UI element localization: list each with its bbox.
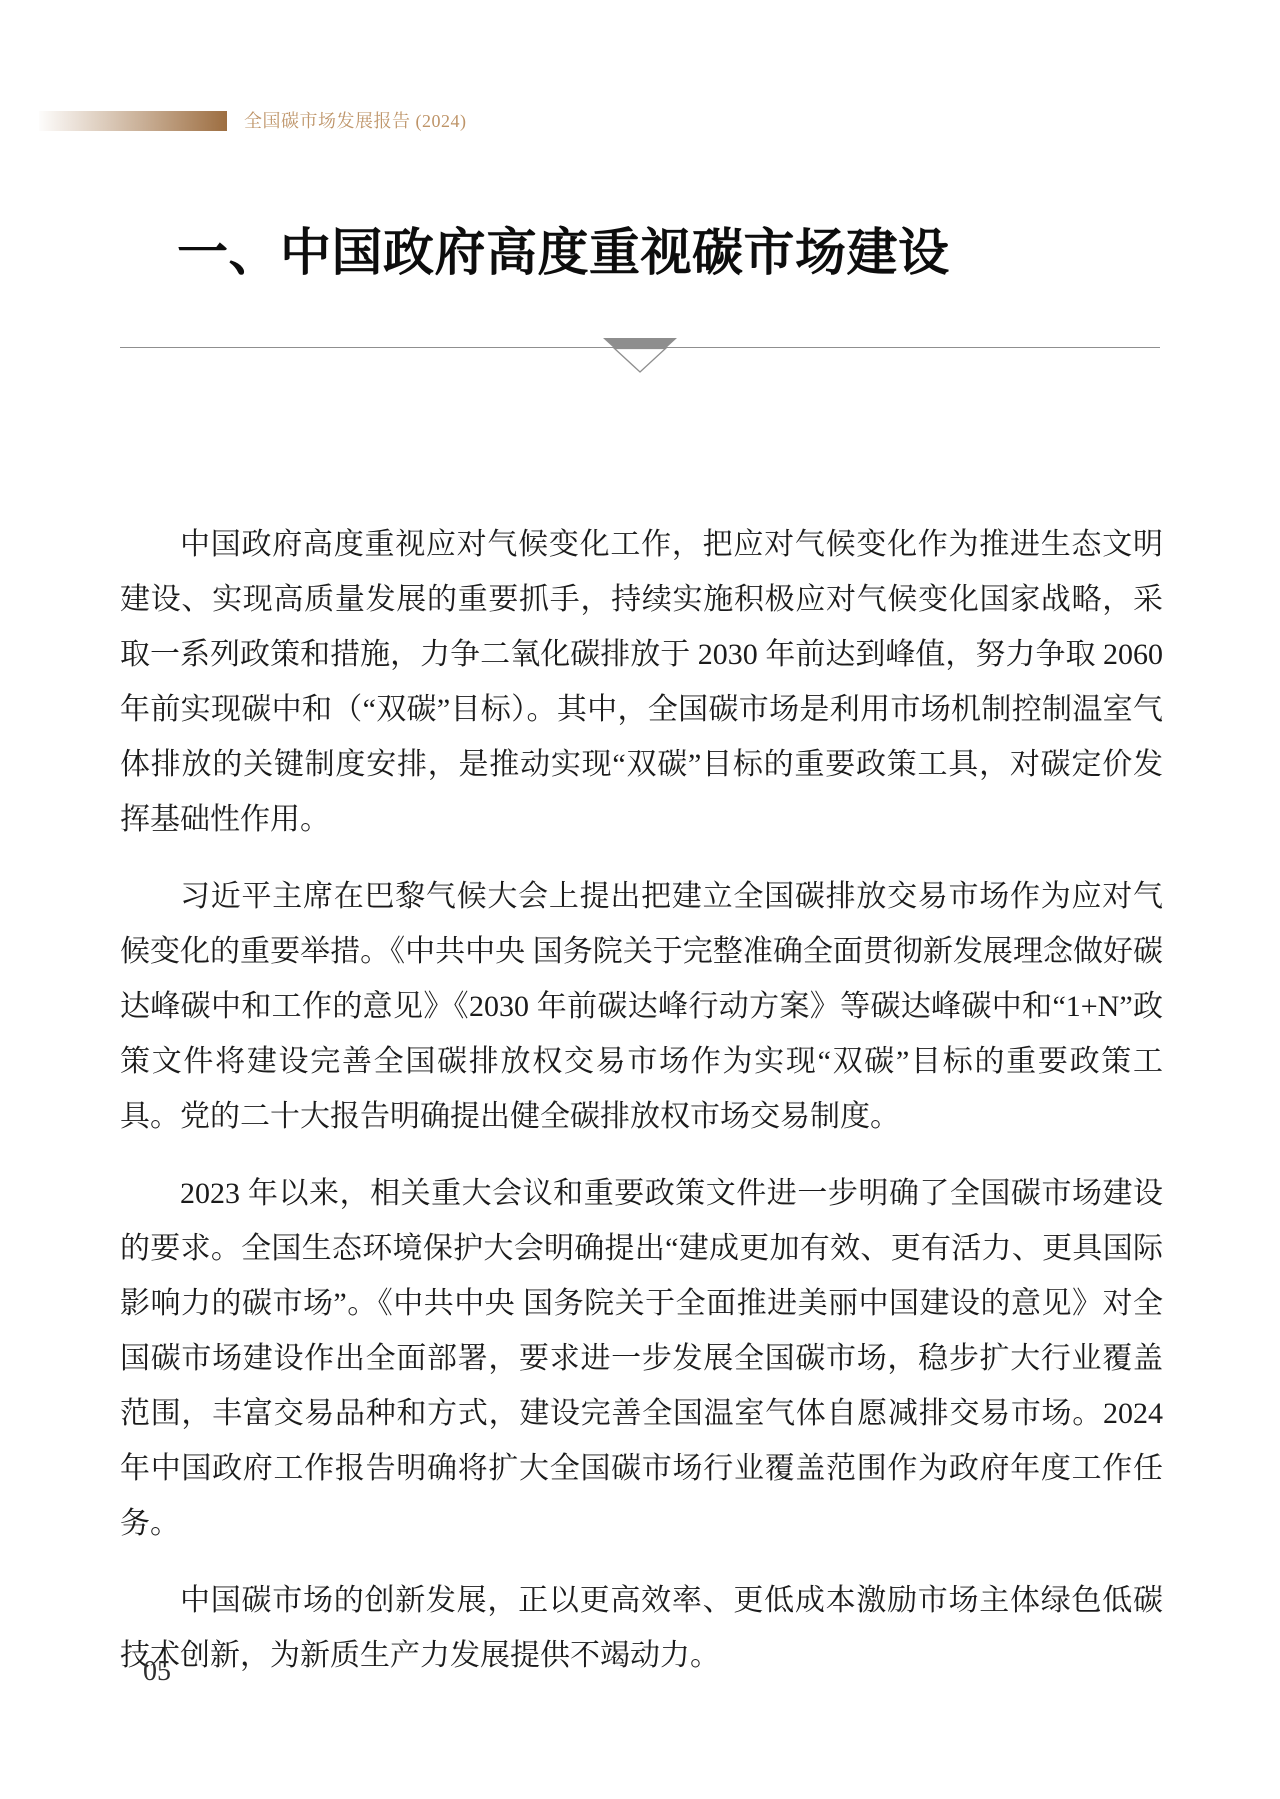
section-body: 中国政府高度重视应对气候变化工作，把应对气候变化作为推进生态文明建设、实现高质量… [120,517,1163,1705]
paragraph-1: 中国政府高度重视应对气候变化工作，把应对气候变化作为推进生态文明建设、实现高质量… [120,517,1163,847]
document-page: 全国碳市场发展报告 (2024) 一、中国政府高度重视碳市场建设 中国政府高度重… [0,0,1280,1799]
paragraph-2: 习近平主席在巴黎气候大会上提出把建立全国碳排放交易市场作为应对气候变化的重要举措… [120,869,1163,1144]
page-header: 全国碳市场发展报告 (2024) [39,110,467,132]
section-title: 一、中国政府高度重视碳市场建设 [177,222,950,286]
header-gradient-bar [39,111,227,131]
paragraph-3: 2023 年以来，相关重大会议和重要政策文件进一步明确了全国碳市场建设的要求。全… [120,1166,1163,1551]
paragraph-4: 中国碳市场的创新发展，正以更高效率、更低成本激励市场主体绿色低碳技术创新，为新质… [120,1573,1163,1683]
section-divider [120,337,1160,377]
triangle-down-icon [602,337,678,373]
page-number: 05 [143,1655,171,1689]
report-title: 全国碳市场发展报告 (2024) [244,110,467,132]
